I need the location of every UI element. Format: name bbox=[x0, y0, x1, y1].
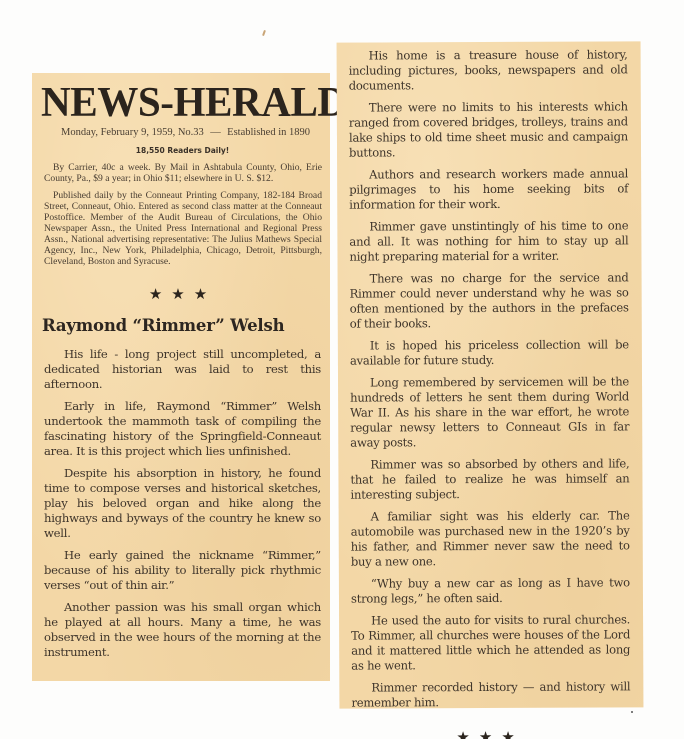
readership-line: 18,550 Readers Daily! bbox=[41, 145, 324, 156]
publisher-info: Published daily by the Conneaut Printing… bbox=[44, 190, 322, 267]
article-paragraph: His life - long project still uncomplete… bbox=[44, 347, 321, 392]
article-paragraph: His home is a treasure house of history,… bbox=[349, 47, 628, 93]
article-paragraph: It is hoped his priceless collection wil… bbox=[350, 337, 629, 368]
clipping-article-continuation: His home is a treasure house of history,… bbox=[337, 41, 644, 708]
article-paragraph: Rimmer recorded history — and history wi… bbox=[351, 679, 630, 710]
article-paragraph: He used the auto for visits to rural chu… bbox=[351, 612, 630, 673]
article-paragraph: Early in life, Raymond “Rimmer” Welsh un… bbox=[44, 399, 321, 459]
masthead-dateline: Monday, February 9, 1959, No.33 — Establ… bbox=[41, 126, 324, 140]
article-paragraph: Authors and research workers made annual… bbox=[349, 166, 628, 212]
article-paragraph: He early gained the nickname “Rimmer,” b… bbox=[44, 548, 321, 593]
article-paragraph: There were no limits to his interests wh… bbox=[349, 99, 628, 160]
article-headline: Raymond “Rimmer” Welsh bbox=[42, 315, 324, 337]
article-paragraph: Rimmer was so absorbed by others and lif… bbox=[350, 456, 629, 502]
end-stars-icon: ★★★ bbox=[349, 727, 632, 739]
subscription-rates: By Carrier, 40c a week. By Mail in Ashta… bbox=[44, 162, 322, 184]
issue-date: Monday, February 9, 1959, No.33 bbox=[61, 126, 204, 140]
article-paragraph: A familiar sight was his elderly car. Th… bbox=[351, 508, 630, 569]
article-paragraph: Another passion was his small organ whic… bbox=[44, 600, 321, 660]
article-paragraph: Rimmer gave unstintingly of his time to … bbox=[349, 218, 628, 264]
article-paragraph: “Why buy a new car as long as I have two… bbox=[351, 575, 630, 606]
article-body-right: His home is a treasure house of history,… bbox=[346, 47, 632, 710]
article-body-left: His life - long project still uncomplete… bbox=[41, 347, 324, 660]
masthead-title: NEWS-HERALD bbox=[41, 81, 318, 125]
paper-speck bbox=[631, 711, 633, 713]
dateline-separator: — bbox=[204, 126, 227, 140]
established-date: Established in 1890 bbox=[227, 126, 310, 140]
article-paragraph: Long remembered by servicemen will be th… bbox=[350, 374, 629, 450]
article-paragraph: Despite his absorption in history, he fo… bbox=[44, 466, 321, 541]
article-paragraph: There was no charge for the service and … bbox=[350, 270, 629, 331]
paper-speck bbox=[262, 30, 266, 36]
divider-stars-icon: ★★★ bbox=[41, 285, 324, 303]
clipping-masthead-and-article-start: NEWS-HERALD Monday, February 9, 1959, No… bbox=[32, 73, 330, 681]
